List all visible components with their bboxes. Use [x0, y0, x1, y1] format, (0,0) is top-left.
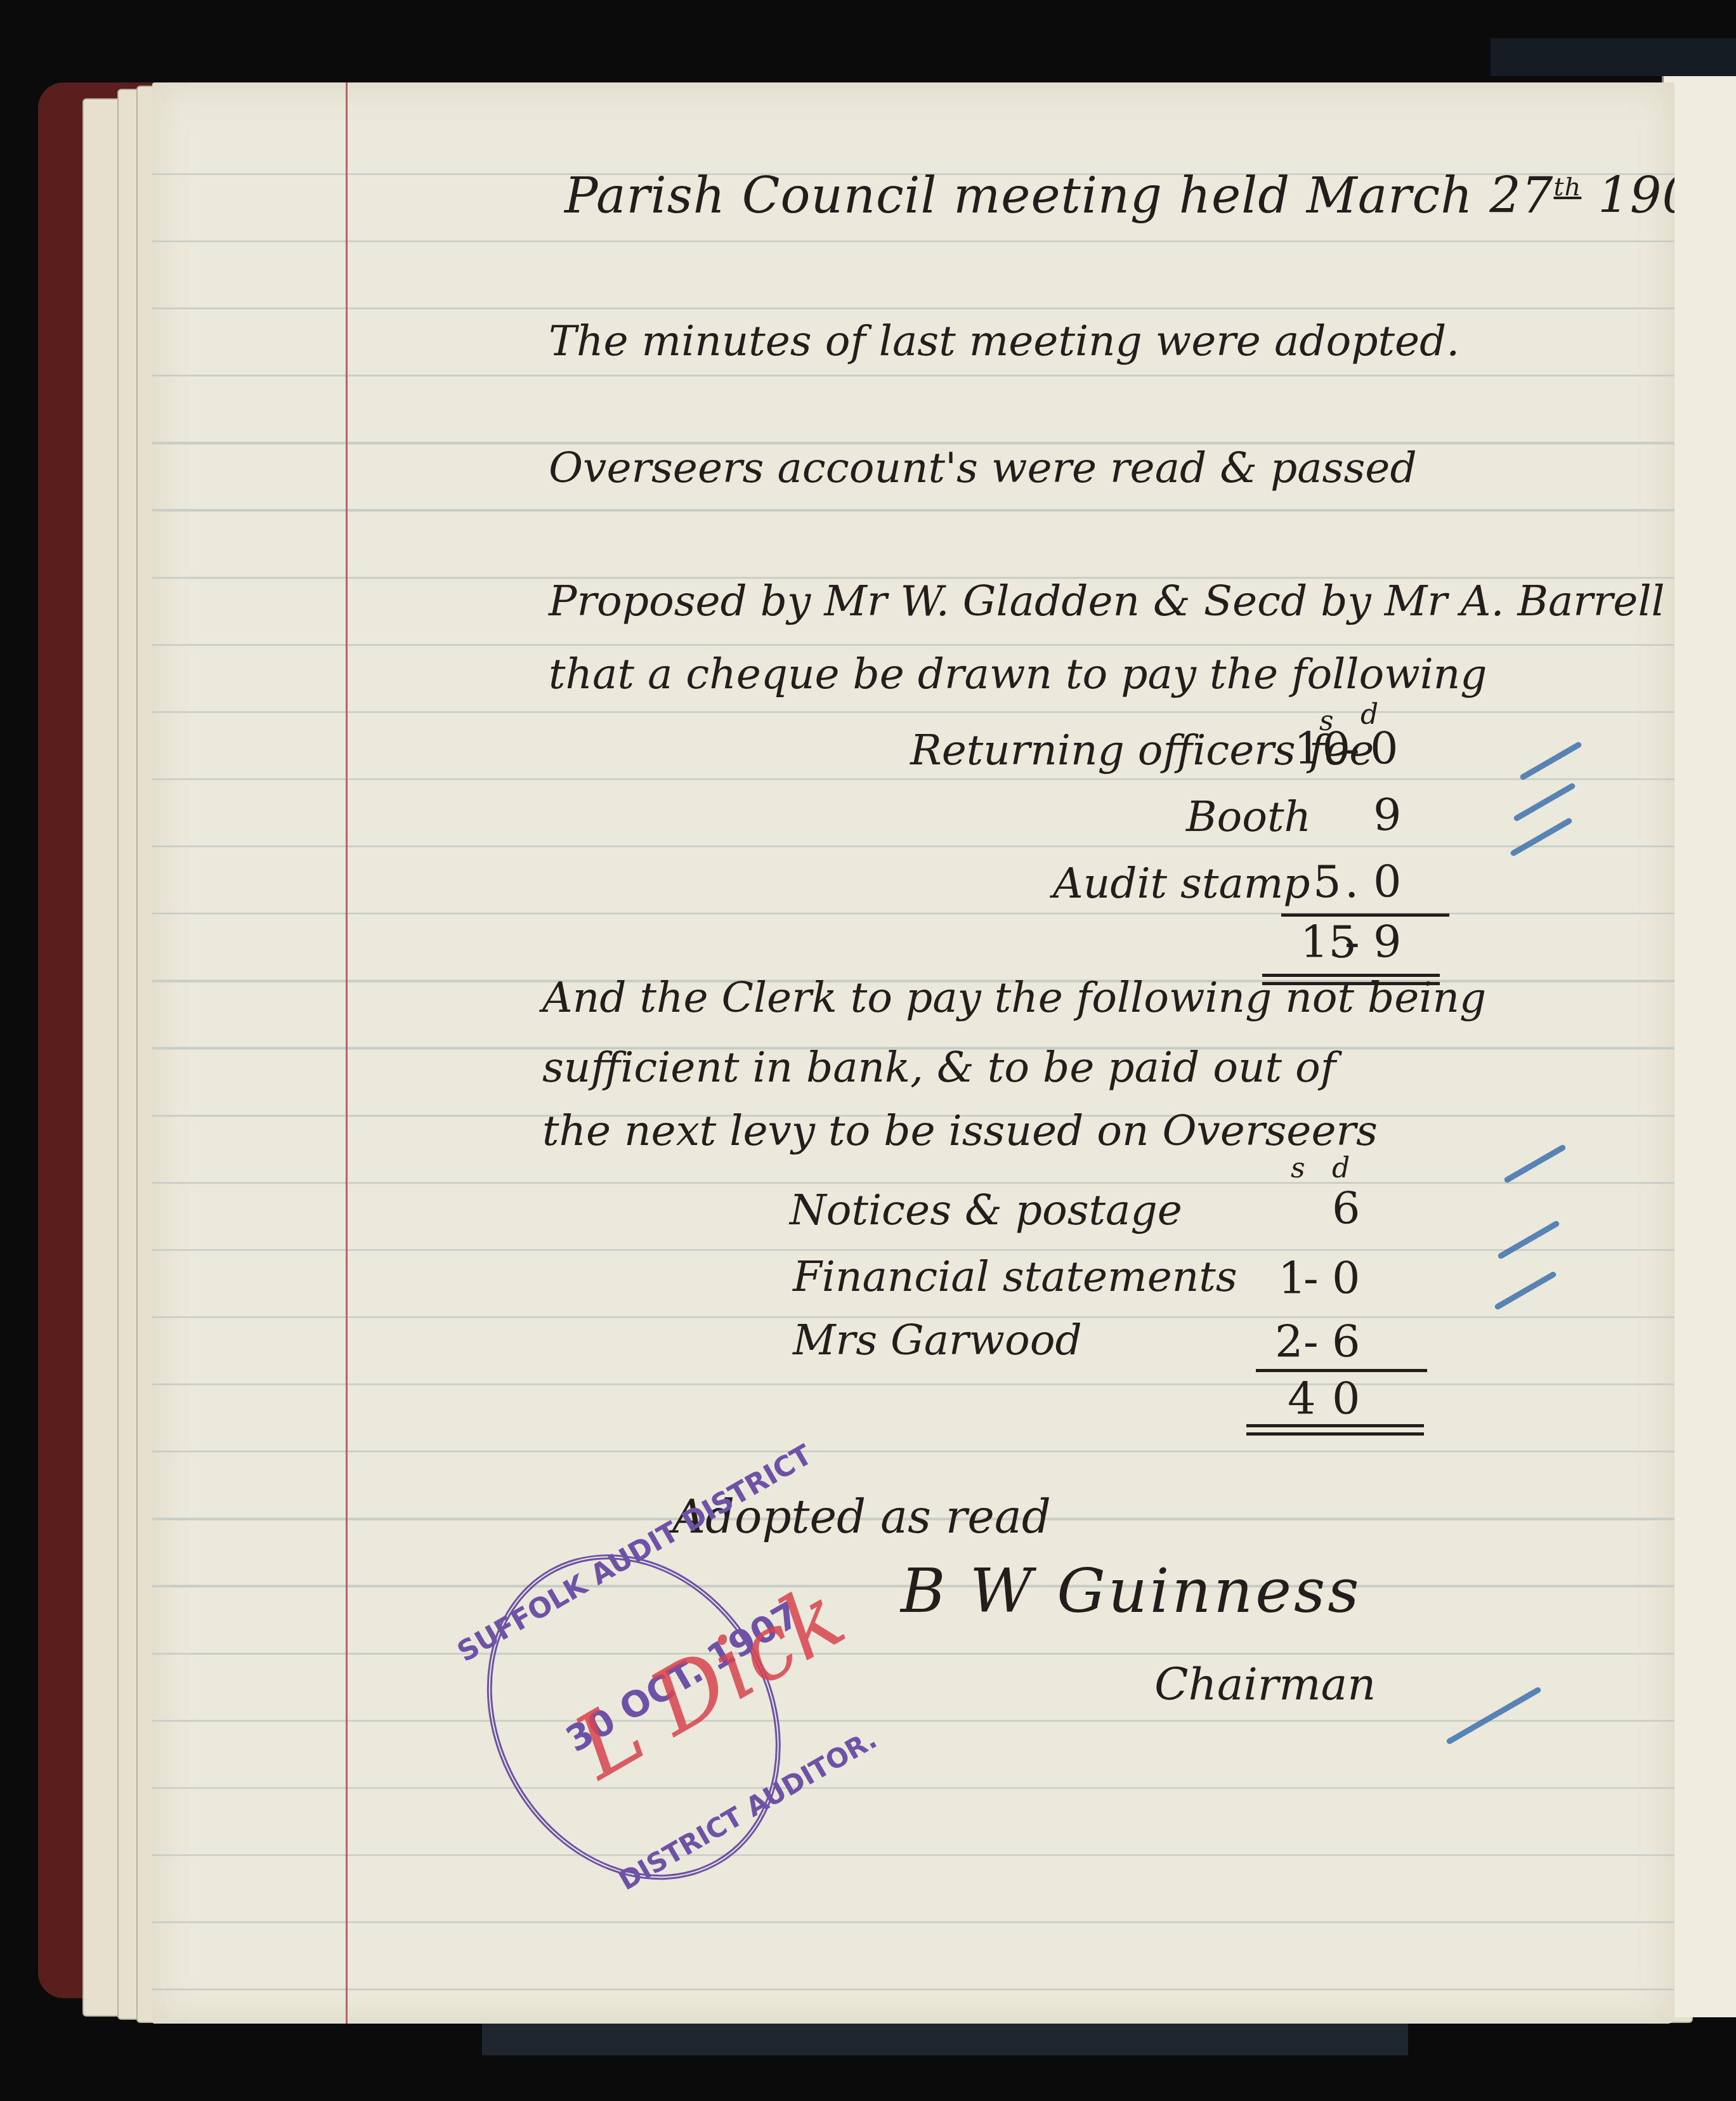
- item-label: Mrs Garwood: [793, 1319, 1082, 1361]
- page-title: Parish Council meeting held March 27th 1…: [565, 171, 1674, 221]
- total-shillings: 4: [1288, 1377, 1316, 1421]
- item-dash: -: [1303, 1256, 1319, 1300]
- sum-rule: [1256, 1369, 1427, 1372]
- title-ordinal: th: [1553, 173, 1581, 202]
- total-double-rule: [1246, 1424, 1424, 1427]
- item-pence: 0: [1373, 860, 1402, 904]
- total-pence: 0: [1332, 1377, 1361, 1421]
- minutes-line: Overseers account's were read & passed: [549, 447, 1417, 489]
- shillings-header: s: [1291, 1155, 1305, 1182]
- item-dash: -: [1303, 1319, 1319, 1364]
- item-shillings: 1: [1278, 1256, 1307, 1300]
- item-pence: 0: [1370, 726, 1399, 771]
- item-label: Notices & postage: [790, 1189, 1182, 1231]
- minutes-line: Proposed by Mr W. Gladden & Secd by Mr A…: [549, 580, 1665, 622]
- total-pence: 9: [1373, 920, 1402, 964]
- title-year: 1907.: [1598, 167, 1674, 225]
- item-label: Booth: [1186, 796, 1311, 838]
- item-pence: 6: [1332, 1186, 1361, 1231]
- total-double-rule: [1246, 1432, 1424, 1436]
- item-dash: -: [1345, 920, 1360, 964]
- red-margin-line: [346, 82, 348, 2024]
- pence-header: d: [1332, 1155, 1350, 1182]
- item-pence: 0: [1332, 1256, 1361, 1300]
- item-shillings: 10: [1294, 726, 1350, 771]
- book-cloth-spine: [1491, 38, 1736, 76]
- chairman-signature: B W Guinness: [901, 1561, 1361, 1621]
- item-label: Audit stamp: [1053, 863, 1310, 905]
- clerk-line: the next levy to be issued on Overseers: [542, 1110, 1378, 1152]
- item-shillings: 2: [1275, 1319, 1303, 1364]
- minutes-line: The minutes of last meeting were adopted…: [549, 320, 1459, 362]
- item-label: Financial statements: [793, 1256, 1237, 1298]
- item-pence: 6: [1332, 1319, 1361, 1364]
- minutes-line: that a cheque be drawn to pay the follow…: [549, 653, 1487, 695]
- item-dash: .: [1345, 860, 1359, 904]
- clerk-line: sufficient in bank, & to be paid out of: [542, 1047, 1336, 1089]
- clerk-line: And the Clerk to pay the following not b…: [542, 977, 1486, 1019]
- chairman-role: Chairman: [1154, 1662, 1376, 1706]
- ledger-page: Parish Council meeting held March 27th 1…: [152, 82, 1674, 2024]
- title-text: Parish Council meeting held March 27: [565, 167, 1553, 225]
- item-pence: 9: [1373, 793, 1402, 837]
- item-shillings: 5: [1313, 860, 1341, 904]
- item-dash: -: [1345, 726, 1360, 771]
